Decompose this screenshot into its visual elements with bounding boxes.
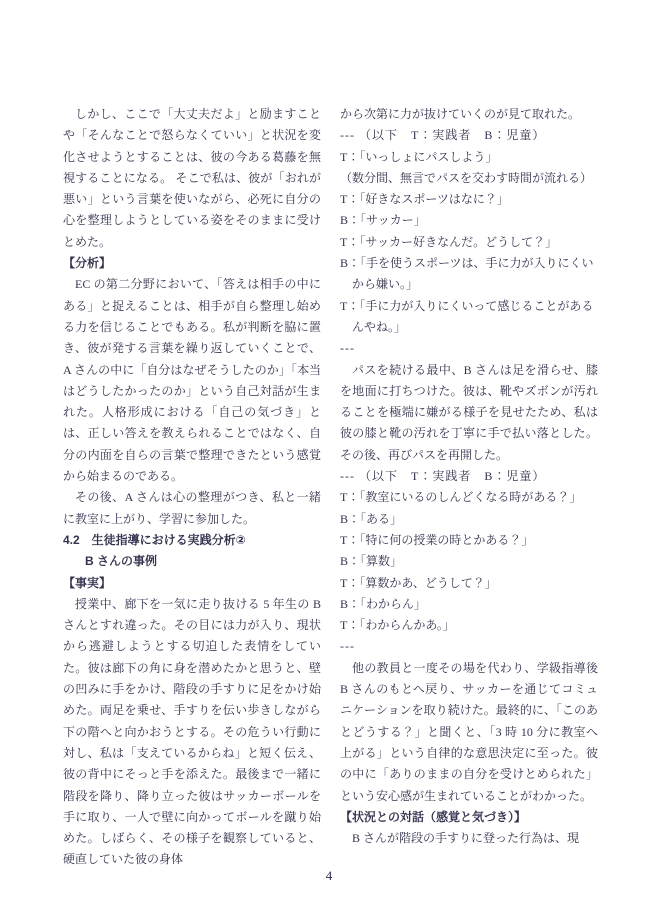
dialogue-line: B：「算数」 bbox=[340, 551, 598, 572]
paragraph: B さんが階段の手すりに登った行為は、現 bbox=[340, 828, 598, 849]
section-subheading-case-b: B さんの事例 bbox=[85, 551, 321, 572]
dialogue-line: T：「いっしょにパスしよう」 bbox=[340, 147, 598, 168]
stage-direction: （数分間、無言でパスを交わす時間が流れる） bbox=[340, 168, 598, 189]
paragraph: 授業中、廊下を一気に走り抜ける 5 年生の B さんとすれ違った。その目には力が… bbox=[63, 594, 321, 871]
two-column-text-area: しかし、ここで「大丈夫だよ」と励ますことや「そんなことで怒らなくていい」と状況を… bbox=[63, 104, 598, 876]
dialogue-line: T：「特に何の授業の時とかある？」 bbox=[340, 530, 598, 551]
paragraph: その後、A さんは心の整理がつき、私と一緒に教室に上がり、学習に参加した。 bbox=[63, 487, 321, 530]
fact-heading: 【事実】 bbox=[63, 573, 321, 594]
section-heading-4-2: 4.2 生徒指導における実践分析② bbox=[63, 530, 321, 551]
dialogue-line: B：「手を使うスポーツは、手に力が入りにくいから嫌い。」 bbox=[340, 253, 598, 296]
dialogue-legend: --- （以下 T：実践者 B：児童） bbox=[340, 125, 598, 146]
paragraph: しかし、ここで「大丈夫だよ」と励ますことや「そんなことで怒らなくていい」と状況を… bbox=[63, 104, 321, 253]
dialogue-line: B：「サッカー」 bbox=[340, 210, 598, 231]
dialogue-line: T：「手に力が入りにくいって感じることがあるんやね。」 bbox=[340, 296, 598, 339]
dialogue-line: B：「わからん」 bbox=[340, 594, 598, 615]
document-page: しかし、ここで「大丈夫だよ」と励ますことや「そんなことで怒らなくていい」と状況を… bbox=[0, 0, 658, 922]
dialogue-line: T：「好きなスポーツはなに？」 bbox=[340, 189, 598, 210]
dialogue-legend: --- （以下 T：実践者 B：児童） bbox=[340, 466, 598, 487]
paragraph-continuation: から次第に力が抜けていくのが見て取れた。 bbox=[340, 104, 598, 125]
left-column: しかし、ここで「大丈夫だよ」と励ますことや「そんなことで怒らなくていい」と状況を… bbox=[63, 104, 321, 876]
page-number: 4 bbox=[0, 868, 658, 884]
dialogue-line: T：「サッカー好きなんだ。どうして？」 bbox=[340, 232, 598, 253]
paragraph: 他の教員と一度その場を代わり、学級指導後 B さんのもとへ戻り、サッカーを通じて… bbox=[340, 658, 598, 807]
right-column: から次第に力が抜けていくのが見て取れた。 --- （以下 T：実践者 B：児童）… bbox=[340, 104, 598, 876]
analysis-heading: 【分析】 bbox=[63, 253, 321, 274]
ellipsis-marker: --- bbox=[340, 636, 598, 657]
paragraph: EC の第二分野において、「答えは相手の中にある」と捉えることは、相手が自ら整理… bbox=[63, 274, 321, 487]
ellipsis-marker: --- bbox=[340, 338, 598, 359]
situation-dialogue-heading: 【状況との対話（感覚と気づき）】 bbox=[340, 807, 598, 828]
dialogue-line: T：「教室にいるのしんどくなる時がある？」 bbox=[340, 487, 598, 508]
paragraph: パスを続ける最中、B さんは足を滑らせ、膝を地面に打ちつけた。彼は、靴やズボンが… bbox=[340, 360, 598, 466]
dialogue-line: B：「ある」 bbox=[340, 509, 598, 530]
dialogue-line: T：「わからんかあ。」 bbox=[340, 615, 598, 636]
dialogue-line: T：「算数かあ、どうして？」 bbox=[340, 573, 598, 594]
